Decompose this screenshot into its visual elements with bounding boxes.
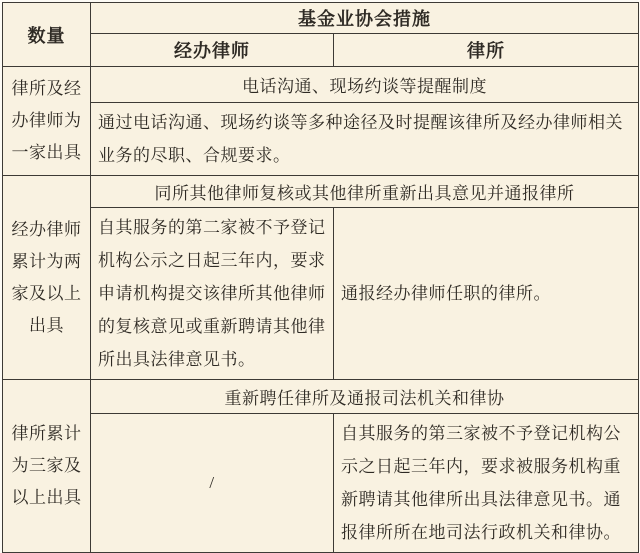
measures-table: 数量 基金业协会措施 经办律师 律所 律所及经办律师为一家出具 电话沟通、现场约…	[2, 2, 639, 553]
section2-quantity-cell: 经办律师累计为两家及以上出具	[3, 176, 91, 380]
section3-firm-measure-cell: 自其服务的第三家被不予登记机构公示之日起三年内，要求被服务机构重新聘请其他律所出…	[334, 414, 639, 553]
section2-firm-measure-cell: 通报经办律师任职的律所。	[334, 208, 639, 380]
section3-quantity-cell: 律所累计为三家及以上出具	[3, 380, 91, 553]
section3-lawyer-measure-cell: /	[91, 414, 334, 553]
section1-measure-title-cell: 电话沟通、现场约谈等提醒制度	[91, 67, 639, 103]
header-measures-title: 基金业协会措施	[91, 3, 639, 34]
section1-measure-detail-cell: 通过电话沟通、现场约谈等多种途径及时提醒该律所及经办律师相关业务的尽职、合规要求…	[91, 103, 639, 176]
section1-quantity-cell: 律所及经办律师为一家出具	[3, 67, 91, 176]
section2-measure-title-cell: 同所其他律师复核或其他律所重新出具意见并通报律所	[91, 176, 639, 208]
section3-measure-title-cell: 重新聘任律所及通报司法机关和律协	[91, 380, 639, 414]
section2-lawyer-measure-cell: 自其服务的第二家被不予登记机构公示之日起三年内，要求申请机构提交该律所其他律师的…	[91, 208, 334, 380]
header-lawyer-column: 经办律师	[91, 34, 334, 67]
header-quantity-column: 数量	[3, 3, 91, 67]
header-firm-column: 律所	[334, 34, 639, 67]
